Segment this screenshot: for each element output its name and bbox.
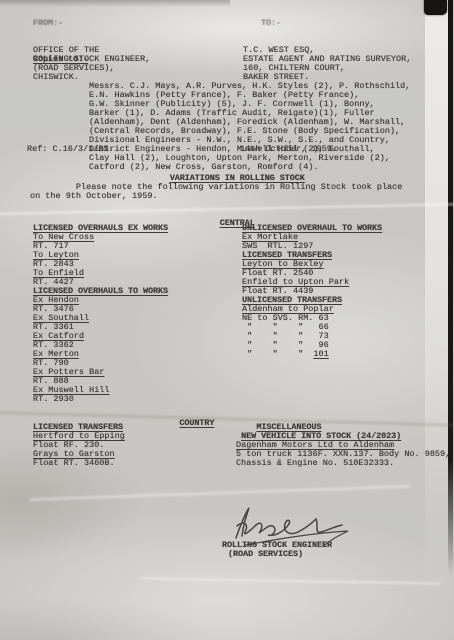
doc-line: " " " 101: [242, 350, 382, 359]
scan-edge-white-strip: [425, 0, 449, 640]
central-left-column: LICENSED OVERHAULS EX WORKSTo New CrossR…: [33, 224, 168, 404]
copies-label: Copies to:-: [33, 55, 88, 64]
date-line: 14th October, 1959.: [240, 145, 337, 154]
country-section-heading: COUNTRY: [179, 418, 214, 428]
country-right-column: MISCELLANEOUS NEW VEHICLE INTO STOCK (24…: [236, 423, 450, 468]
document-page: FROM:- OFFICE OF THEROLLING STOCK ENGINE…: [0, 0, 454, 640]
ref-line: Ref: C.16/3/1/BS.: [27, 145, 114, 154]
country-left-column: LICENSED TRANSFERSHertford to EppingFloa…: [33, 423, 125, 468]
intro-paragraph: Please note the following variations in …: [30, 183, 402, 201]
country-heading-row: COUNTRY: [159, 410, 214, 437]
scan-right-edge-line: [448, 0, 453, 575]
doc-line: on the 9th October, 1959.: [30, 192, 402, 201]
copies-lines: Messrs. C.J. Mays, A.R. Purves, H.K. Sty…: [89, 82, 410, 172]
to-label: TO:-: [261, 19, 411, 28]
central-right-column: UNLICENSED OVERHAUL TO WORKSEx MortlakeS…: [242, 224, 382, 359]
paper-crease: [140, 577, 440, 584]
doc-line: RT. 2930: [33, 395, 168, 404]
doc-line: Chassis & Engine No. 510E32333.: [236, 459, 450, 468]
paper-crease: [30, 485, 410, 500]
scan-corner-mark: [424, 0, 447, 15]
from-label: FROM:-: [33, 19, 150, 28]
signatory-subtitle: (ROAD SERVICES): [228, 550, 303, 559]
doc-line: Float RT. 3460B.: [33, 459, 125, 468]
